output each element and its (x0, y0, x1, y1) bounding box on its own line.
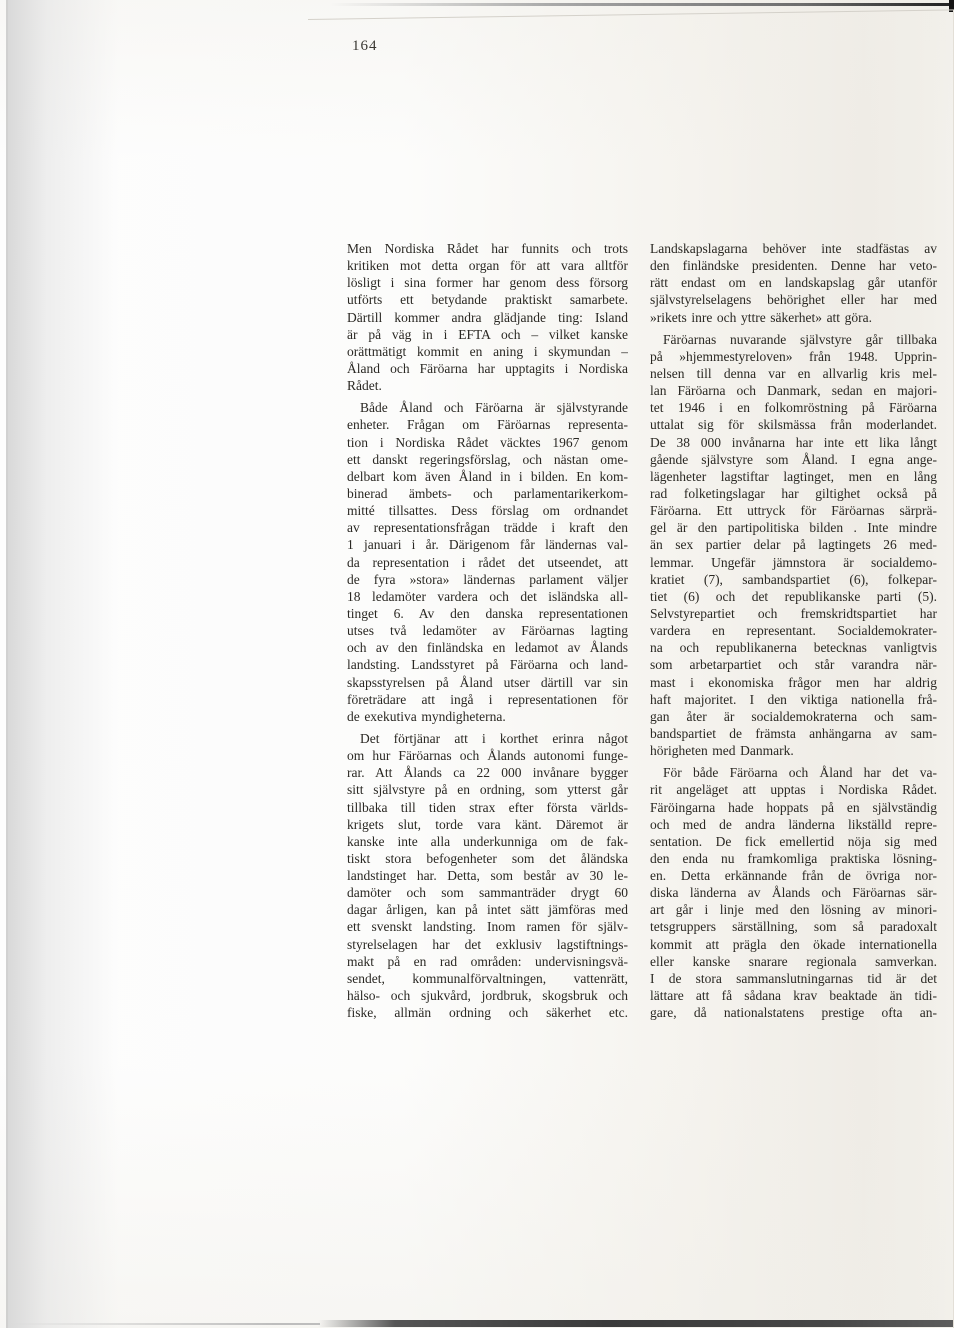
text-line: krigets slut, torde vara känt. Däremot ä… (347, 816, 628, 833)
text-line: binerad ämbets- och parlamentarikerkom- (347, 485, 628, 502)
text-line: och med de andra länderna likställd repr… (650, 816, 937, 833)
scan-right-margin (954, 0, 960, 1328)
text-line: För både Färöarna och Åland har det va- (650, 764, 937, 781)
paragraph: Men Nordiska Rådet har funnits och trots… (347, 240, 628, 394)
text-line: den enda nu framkomliga praktiska lösnin… (650, 850, 937, 867)
text-line: landstinget har. Detta, som består av 30… (347, 867, 628, 884)
text-line: ett danskt regeringsförslag, och nästan … (347, 451, 628, 468)
text-line: gel är den partipolitiska bilden . Inte … (650, 519, 937, 536)
text-line: lemmar. Ungefär jämnstora är socialdemo- (650, 554, 937, 571)
text-line: mitté tillsattes. Dess förslag om ordnan… (347, 502, 628, 519)
text-line: 18 ledamöter vardera och det isländska a… (347, 588, 628, 605)
paragraph: Färöarnas nuvarande självstyre går tillb… (650, 331, 937, 760)
text-line: av representationsfrågan trädde i kraft … (347, 519, 628, 536)
text-line: kommit att prägla den ökade internatione… (650, 936, 937, 953)
text-line: gående självstyre som Åland. I egna ange… (650, 451, 937, 468)
text-line: gare, då nationalstatens prestige ofta a… (650, 1004, 937, 1021)
text-line: rit angeläget att upptas i Nordiska Råde… (650, 781, 937, 798)
text-line: vardera en representant. Socialdemokrate… (650, 622, 937, 639)
paragraph: Landskapslagarna behöver inte stadfästas… (650, 240, 937, 326)
text-line: tet 1946 i en folkomröstning på Färöarna (650, 399, 937, 416)
text-line: da representation i rådet det utseendet,… (347, 554, 628, 571)
scan-bottom-edge-band (318, 1320, 960, 1327)
text-column-right: Landskapslagarna behöver inte stadfästas… (650, 240, 937, 1021)
text-line: utförts ett betydande praktiskt samarbet… (347, 291, 628, 308)
text-line: sendet, kommunalförvaltningen, vattenrät… (347, 970, 628, 987)
scan-left-edge-shadow (8, 0, 118, 1328)
text-line: Men Nordiska Rådet har funnits och trots (347, 240, 628, 257)
text-line: nelsen till denna var en allvarlig kris … (650, 365, 937, 382)
text-line: rad folketingslagar har giltighet också … (650, 485, 937, 502)
text-line: tiet (6) och det republikanske parti (5)… (650, 588, 937, 605)
page-number: 164 (352, 38, 378, 55)
text-line: Färöarnas nuvarande självstyre går tillb… (650, 331, 937, 348)
text-line: Både Åland och Färöarna är självstyrande (347, 399, 628, 416)
text-line: dagar årligen, kan på intet sätt jämföra… (347, 901, 628, 918)
text-line: »rikets inre och yttre säkerhet» att gör… (650, 309, 937, 326)
text-line: på »hjemmestyreloven» från 1948. Upprin- (650, 348, 937, 365)
text-line: är på väg in i EFTA och – vilket kanske (347, 326, 628, 343)
text-line: kritiken mot detta organ för att vara al… (347, 257, 628, 274)
text-line: hörigheten med Danmark. (650, 742, 937, 759)
paragraph: Det förtjänar att i korthet erinra något… (347, 730, 628, 1021)
text-line: art går i linje med den lösning av minor… (650, 901, 937, 918)
text-line: bandspartiet de främsta anhängarna av sa… (650, 725, 937, 742)
text-line: än sex partier delar på lagtingets 26 me… (650, 536, 937, 553)
text-line: enheter. Frågan om Färöarnas representa- (347, 416, 628, 433)
text-line: kratiet (7), sambandspartiet (6), folkep… (650, 571, 937, 588)
text-line: lägenheter lagstiftar lagtinget, men en … (650, 468, 937, 485)
scan-top-edge-line (330, 3, 958, 6)
text-line: företrädare att ingå i representationen … (347, 691, 628, 708)
text-line: utses två ledamöter av Färöarnas lagting (347, 622, 628, 639)
text-line: eller kanske snarare regionala samverkan… (650, 953, 937, 970)
text-line: lättare att få sådana krav beaktade än t… (650, 987, 937, 1004)
text-line: den finländske presidenten. Denne har ve… (650, 257, 937, 274)
scan-bottom-edge-line (10, 1323, 320, 1325)
text-line: Därtill kommer andra glädjande ting: Isl… (347, 309, 628, 326)
text-line: tillbaka till tiden strax efter första v… (347, 799, 628, 816)
text-line: tinget 6. Av den danska representationen (347, 605, 628, 622)
text-line: Rådet. (347, 377, 628, 394)
text-column-left: Men Nordiska Rådet har funnits och trots… (347, 240, 628, 1021)
text-line: 1 januari i år. Därigenom får ländernas … (347, 536, 628, 553)
text-line: de exekutiva myndigheterna. (347, 708, 628, 725)
text-line: rar. Att Ålands ca 22 000 invånare bygge… (347, 764, 628, 781)
text-line: lösligt i sina former har genom dess för… (347, 274, 628, 291)
text-line: delbart kom även Åland in i bilden. En k… (347, 468, 628, 485)
text-line: om hur Färöarnas och Ålands autonomi fun… (347, 747, 628, 764)
text-line: rätt endast om en landskapslag går utanf… (650, 274, 937, 291)
text-line: självstyrelselagens behörighet eller har… (650, 291, 937, 308)
text-line: haft majoritet. I den viktiga nationella… (650, 691, 937, 708)
text-line: kanske inte alla underkunniga om de fak- (347, 833, 628, 850)
text-line: damöter och som sammanträder drygt 60 (347, 884, 628, 901)
text-line: makt på en rad områden: undervisningsvä- (347, 953, 628, 970)
text-line: landsting. Landsstyret på Färöarna och l… (347, 656, 628, 673)
text-line: orättmätigt kommit en aning i skymundan … (347, 343, 628, 360)
text-line: en. Detta erkännande från de övriga nor- (650, 867, 937, 884)
text-line: I de stora sammanslutningarnas tid är de… (650, 970, 937, 987)
text-line: som arbetarpartiet och står varandra när… (650, 656, 937, 673)
text-line: fiske, allmän ordning och säkerhet etc. (347, 1004, 628, 1021)
text-line: tetsgruppers särställning, som så parado… (650, 918, 937, 935)
text-line: och av den finländska en ledamot av Ålan… (347, 639, 628, 656)
text-line: Selvstyrepartiet och fremskridtspartiet … (650, 605, 937, 622)
text-line: styrelselagen har det exklusiv lagstiftn… (347, 936, 628, 953)
paragraph: Både Åland och Färöarna är självstyrande… (347, 399, 628, 725)
text-line: Färöarna. Ett uttryck för Färöarnas särp… (650, 502, 937, 519)
text-line: uttalat sig för skilsmässa från moderlan… (650, 416, 937, 433)
text-line: hälso- och sjukvård, jordbruk, skogsbruk… (347, 987, 628, 1004)
text-line: Åland och Färöarna har upptagits i Nordi… (347, 360, 628, 377)
text-line: sitt självstyre på en ordning, som ytter… (347, 781, 628, 798)
text-line: de fyra »stora» ländernas parlament välj… (347, 571, 628, 588)
text-line: lan Färöarna och Danmark, sedan en major… (650, 382, 937, 399)
text-line: Landskapslagarna behöver inte stadfästas… (650, 240, 937, 257)
text-line: ett svenskt landsting. Inom ramen för sj… (347, 918, 628, 935)
text-line: diska länderna av Ålands och Färöarnas s… (650, 884, 937, 901)
text-line: sentation. De fick emellertid nöja sig m… (650, 833, 937, 850)
text-line: tiskt stora befogenheter som det åländsk… (347, 850, 628, 867)
text-line: mast i ekonomiska frågor men har aldrig (650, 674, 937, 691)
text-line: gan åter är socialdemokraterna och sam- (650, 708, 937, 725)
text-line: De 38 000 invånarna har inte ett lika lå… (650, 434, 937, 451)
text-line: na och republikanerna betecknas vanligtv… (650, 639, 937, 656)
paragraph: För både Färöarna och Åland har det va-r… (650, 764, 937, 1021)
text-line: tion i Nordiska Rådet väcktes 1967 genom (347, 434, 628, 451)
text-line: skapsstyrelsen på Åland utser därtill va… (347, 674, 628, 691)
text-line: Det förtjänar att i korthet erinra något (347, 730, 628, 747)
text-line: Färöingarna hade hoppats på en självstän… (650, 799, 937, 816)
